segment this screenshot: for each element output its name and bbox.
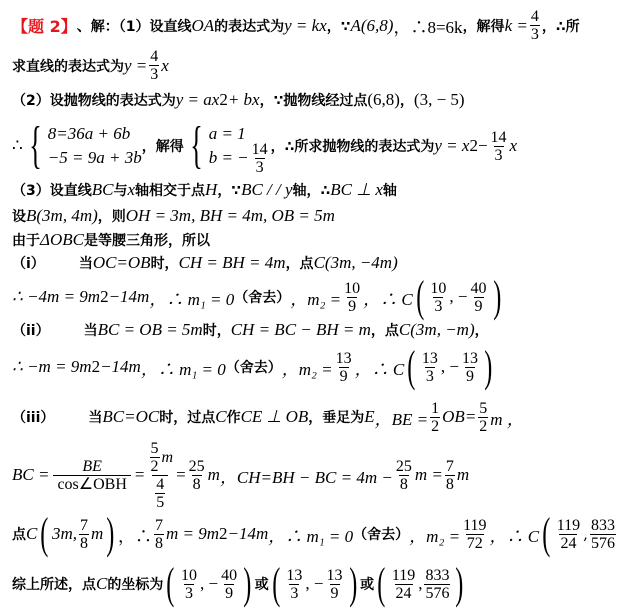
parenthesis: ( xyxy=(167,562,175,606)
parenthesis: ) xyxy=(349,562,357,606)
case-iii-line1: （iii） 当 BC=OC 时，过点 C 作 CE ⊥ OB ，垂足为 E ，B… xyxy=(12,396,524,438)
fraction: 833576 xyxy=(424,567,450,602)
fraction: 139 xyxy=(335,350,353,385)
fraction: 45 xyxy=(155,476,165,511)
fraction: 133 xyxy=(421,350,439,385)
brace: { xyxy=(29,120,41,172)
case-ii-line1: （ii） 当 BC = OB = 5m 时， CH = BC − BH = m … xyxy=(12,320,489,340)
part3-line1: （3）设直线 BC 与 x 轴相交于点 H ，∵ BC / / y 轴，∴ BC… xyxy=(12,180,397,200)
problem-label: 【题 2】 xyxy=(12,14,77,37)
case-iii-line2: BC = BEcos∠OBH = 52m 45 = 258 m ，CH=BH −… xyxy=(12,440,469,510)
parenthesis: ( xyxy=(272,562,280,606)
parenthesis: ) xyxy=(456,562,464,606)
conclusion-line: 综上所述，点 C 的坐标为 ( 103 , − 409 ) 或 ( 133 , … xyxy=(12,562,467,606)
parenthesis: ( xyxy=(416,275,424,319)
parenthesis: ( xyxy=(542,512,550,556)
fraction: 139 xyxy=(461,350,479,385)
parenthesis: ) xyxy=(484,345,492,389)
fraction: 52 xyxy=(150,440,160,475)
fraction: 139 xyxy=(326,567,344,602)
case-iii-line3: 点 C ( 3m, 78 m ) ，∴ 78 m = 9m2 −14m ，∴ m… xyxy=(12,512,621,556)
fraction: 11924 xyxy=(391,567,416,602)
fraction: 52 xyxy=(478,400,488,435)
part2-systems: ∴ { 8=36a + 6b −5 = 9a + 3b ，解得 { a = 1 … xyxy=(12,116,517,176)
part2-line1: （2）设抛物线的表达式为 y = ax2 + bx ，∵抛物线经过点 (6,8)… xyxy=(12,90,465,110)
fraction: 78 xyxy=(79,517,89,552)
fraction: 103 xyxy=(180,567,198,602)
fraction: 43 xyxy=(149,48,159,83)
case-i-line1: （i） 当 OC=OB 时， CH = BH = 4m ，点 C(3m, −4m… xyxy=(12,253,398,273)
fraction: 78 xyxy=(154,517,164,552)
fraction: BEcos∠OBH xyxy=(53,458,130,493)
fraction: 11924 xyxy=(556,517,581,552)
fraction: 143 xyxy=(490,129,508,164)
fraction: 258 xyxy=(188,458,206,493)
equation-system-1: 8=36a + 6b −5 = 9a + 3b xyxy=(48,122,142,170)
fraction: 103 xyxy=(429,280,447,315)
parenthesis: ) xyxy=(107,512,115,556)
part3-line2: 设 B(3m, 4m) ，则 OH = 3m, BH = 4m, OB = 5m xyxy=(12,206,335,226)
fraction: 12 xyxy=(430,400,440,435)
parenthesis: ( xyxy=(377,562,385,606)
fraction: 78 xyxy=(445,458,455,493)
fraction: 409 xyxy=(220,567,238,602)
part1-line2: 求直线的表达式为 y = 43 x xyxy=(12,48,169,83)
fraction: 109 xyxy=(343,280,361,315)
fraction: 833576 xyxy=(590,517,616,552)
case-ii-line2: ∴ −m = 9m2 −14m ，∴ m₁ = 0 （舍去） ，m₂ = 139… xyxy=(12,346,496,388)
nested-fraction: 52m 45 xyxy=(147,440,175,511)
fraction: 11972 xyxy=(462,517,487,552)
parenthesis: ) xyxy=(243,562,251,606)
fraction: 143 xyxy=(251,141,269,176)
brace: { xyxy=(190,120,202,172)
equation-system-2: a = 1 b = −143 xyxy=(209,122,271,170)
fraction: 409 xyxy=(470,280,488,315)
fraction: 133 xyxy=(285,567,303,602)
fraction: 258 xyxy=(395,458,413,493)
parenthesis: ) xyxy=(493,275,501,319)
fraction: 43 xyxy=(530,8,540,43)
case-i-line2: ∴ −4m = 9m2 −14m ，∴ m₁ = 0 （舍去） ，m₂ = 10… xyxy=(12,276,504,318)
part1-line1: 【题 2】 、解：（1）设直线 OA 的表达式为 y = kx ，∵ A(6,8… xyxy=(12,8,580,43)
part3-line3: 由于 ΔOBC 是等腰三角形，所以 xyxy=(12,230,210,250)
parenthesis: ( xyxy=(41,512,49,556)
parenthesis: ( xyxy=(408,345,416,389)
